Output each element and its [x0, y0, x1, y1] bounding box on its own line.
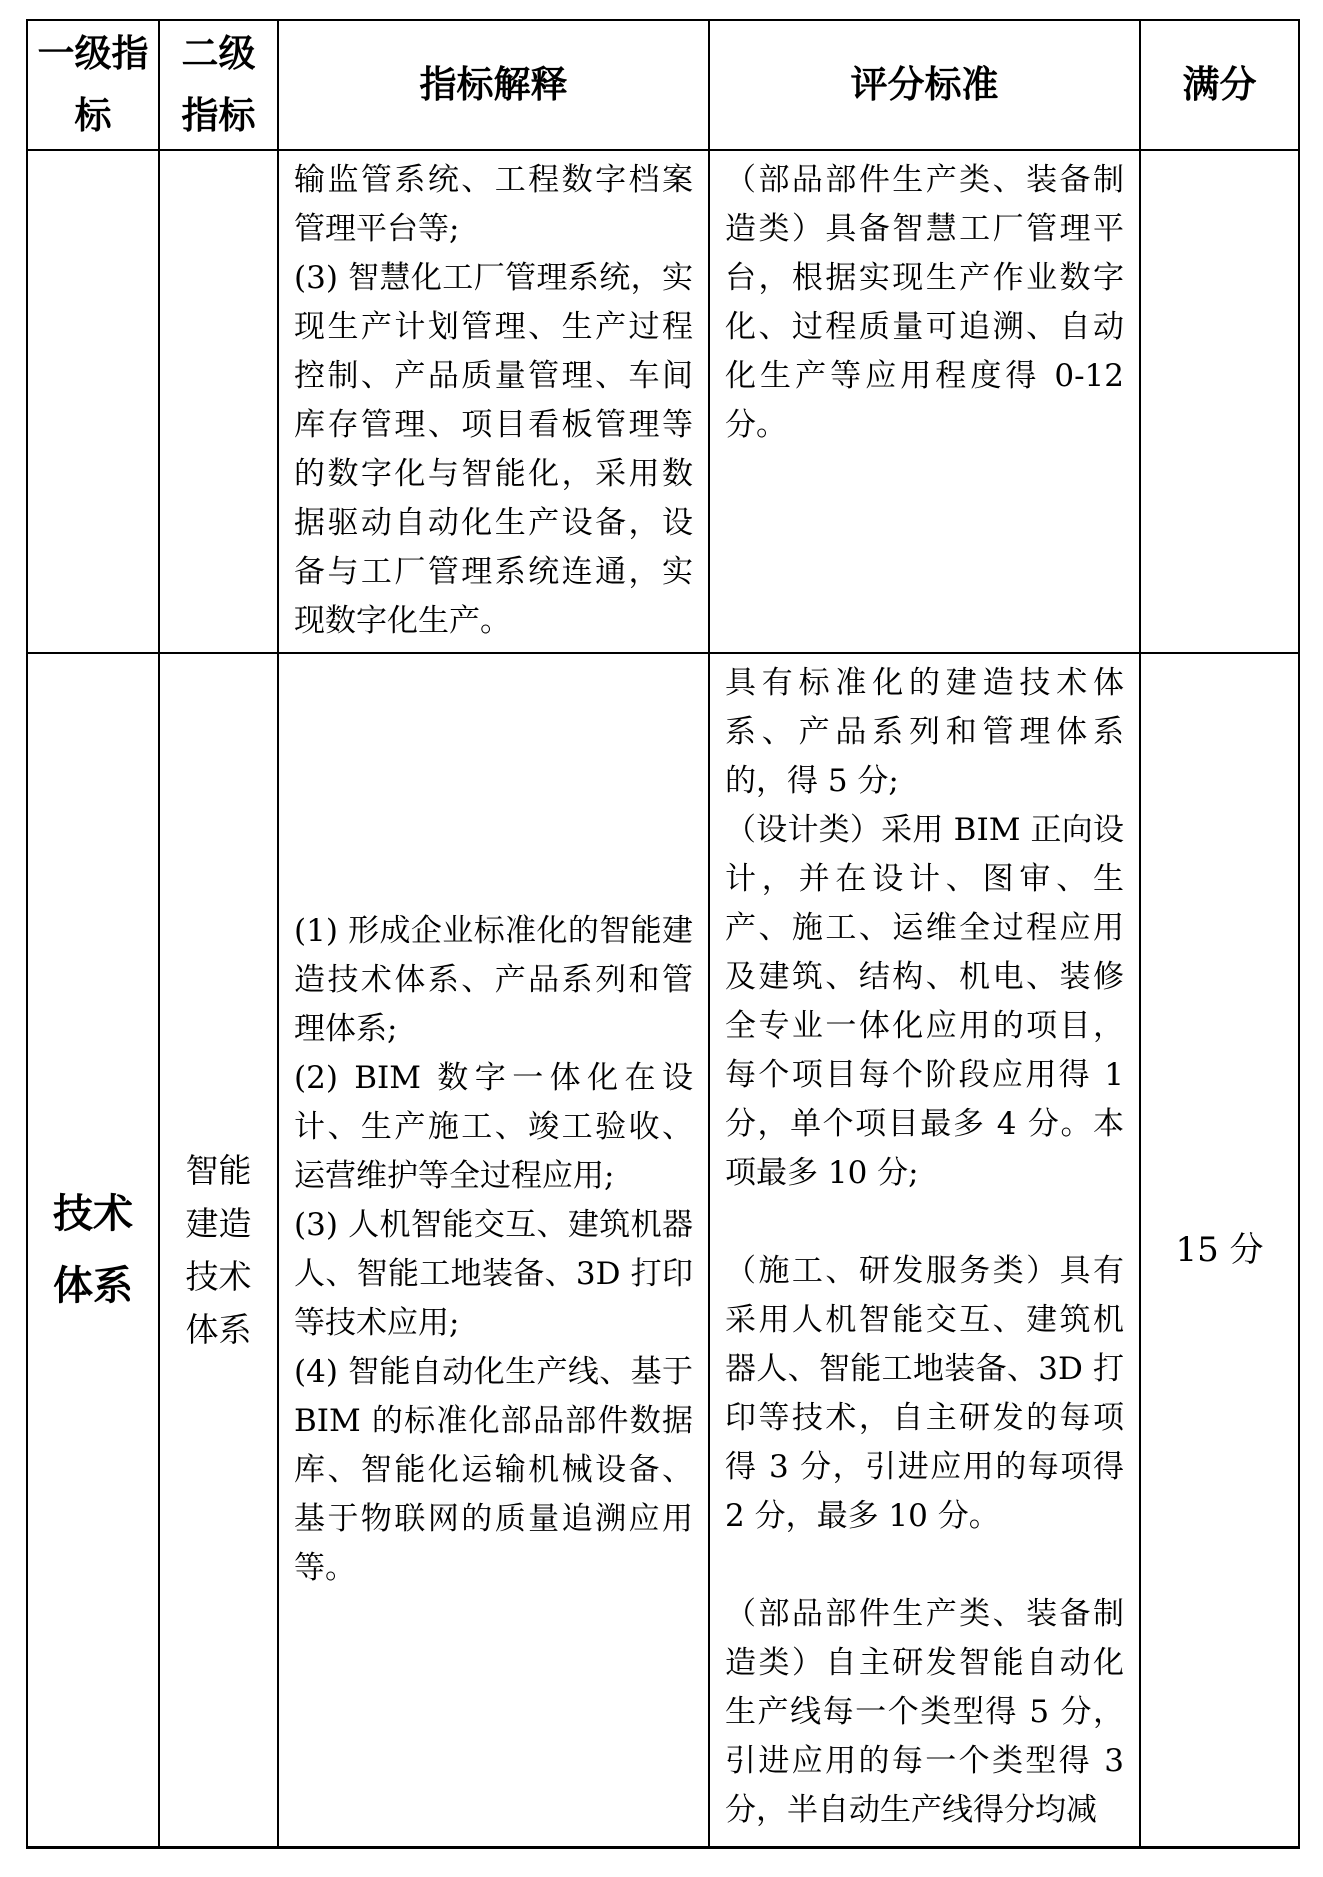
cell-level2-indicator: 智能建造技术体系	[159, 653, 278, 1848]
cell-full-score: 15 分	[1140, 653, 1299, 1848]
header-cell-level1-indicator: 一级指标	[27, 20, 159, 150]
explanation-paragraph: (1) 形成企业标准化的智能建造技术体系、产品系列和管理体系;	[294, 907, 693, 1054]
table-row-technical-system: 技术体系 智能建造技术体系 (1) 形成企业标准化的智能建造技术体系、产品系列和…	[27, 653, 1299, 1848]
cell-indicator-explanation: 输监管系统、工程数字档案管理平台等; (3) 智慧化工厂管理系统，实现生产计划管…	[278, 150, 709, 653]
cell-full-score-empty	[1140, 150, 1299, 653]
cell-scoring-criteria: 具有标准化的建造技术体系、产品系列和管理体系的，得 5 分; （设计类）采用 B…	[709, 653, 1140, 1848]
criteria-paragraph: （设计类）采用 BIM 正向设计，并在设计、图审、生产、施工、运维全过程应用及建…	[725, 806, 1124, 1198]
criteria-paragraph: （部品部件生产类、装备制造类）自主研发智能自动化生产线每一个类型得 5 分，引进…	[725, 1590, 1124, 1835]
explanation-paragraph: (4) 智能自动化生产线、基于 BIM 的标准化部品部件数据库、智能化运输机械设…	[294, 1348, 693, 1593]
header-cell-level2-indicator: 二级指标	[159, 20, 278, 150]
cell-level2-indicator-empty	[159, 150, 278, 653]
cell-scoring-criteria: （部品部件生产类、装备制造类）具备智慧工厂管理平台，根据实现生产作业数字化、过程…	[709, 150, 1140, 653]
level2-indicator-text: 智能建造技术体系	[184, 1144, 253, 1356]
criteria-paragraph: （部品部件生产类、装备制造类）具备智慧工厂管理平台，根据实现生产作业数字化、过程…	[725, 156, 1124, 450]
header-cell-scoring-criteria: 评分标准	[709, 20, 1140, 150]
explanation-paragraph: (3) 人机智能交互、建筑机器人、智能工地装备、3D 打印等技术应用;	[294, 1201, 693, 1348]
criteria-paragraph: 具有标准化的建造技术体系、产品系列和管理体系的，得 5 分;	[725, 659, 1124, 806]
header-row: 一级指标 二级指标 指标解释 评分标准 满分	[27, 20, 1299, 150]
header-cell-indicator-explanation: 指标解释	[278, 20, 709, 150]
explanation-paragraph: (2) BIM 数字一体化在设计、生产施工、竣工验收、运营维护等全过程应用;	[294, 1054, 693, 1201]
criteria-paragraph: （施工、研发服务类）具有采用人机智能交互、建筑机器人、智能工地装备、3D 打印等…	[725, 1247, 1124, 1541]
explanation-paragraph: (3) 智慧化工厂管理系统，实现生产计划管理、生产过程控制、产品质量管理、车间库…	[294, 254, 693, 646]
evaluation-criteria-table: 一级指标 二级指标 指标解释 评分标准 满分 输监管系统、工程数字档案管理平台等…	[26, 19, 1300, 1849]
document-page: 一级指标 二级指标 指标解释 评分标准 满分 输监管系统、工程数字档案管理平台等…	[0, 0, 1323, 1877]
header-cell-full-score: 满分	[1140, 20, 1299, 150]
cell-level1-indicator-empty	[27, 150, 159, 653]
level1-indicator-text: 技术体系	[52, 1178, 134, 1322]
table-row-continuation: 输监管系统、工程数字档案管理平台等; (3) 智慧化工厂管理系统，实现生产计划管…	[27, 150, 1299, 653]
explanation-paragraph: 输监管系统、工程数字档案管理平台等;	[294, 156, 693, 254]
cell-level1-indicator: 技术体系	[27, 653, 159, 1848]
cell-indicator-explanation: (1) 形成企业标准化的智能建造技术体系、产品系列和管理体系; (2) BIM …	[278, 653, 709, 1848]
